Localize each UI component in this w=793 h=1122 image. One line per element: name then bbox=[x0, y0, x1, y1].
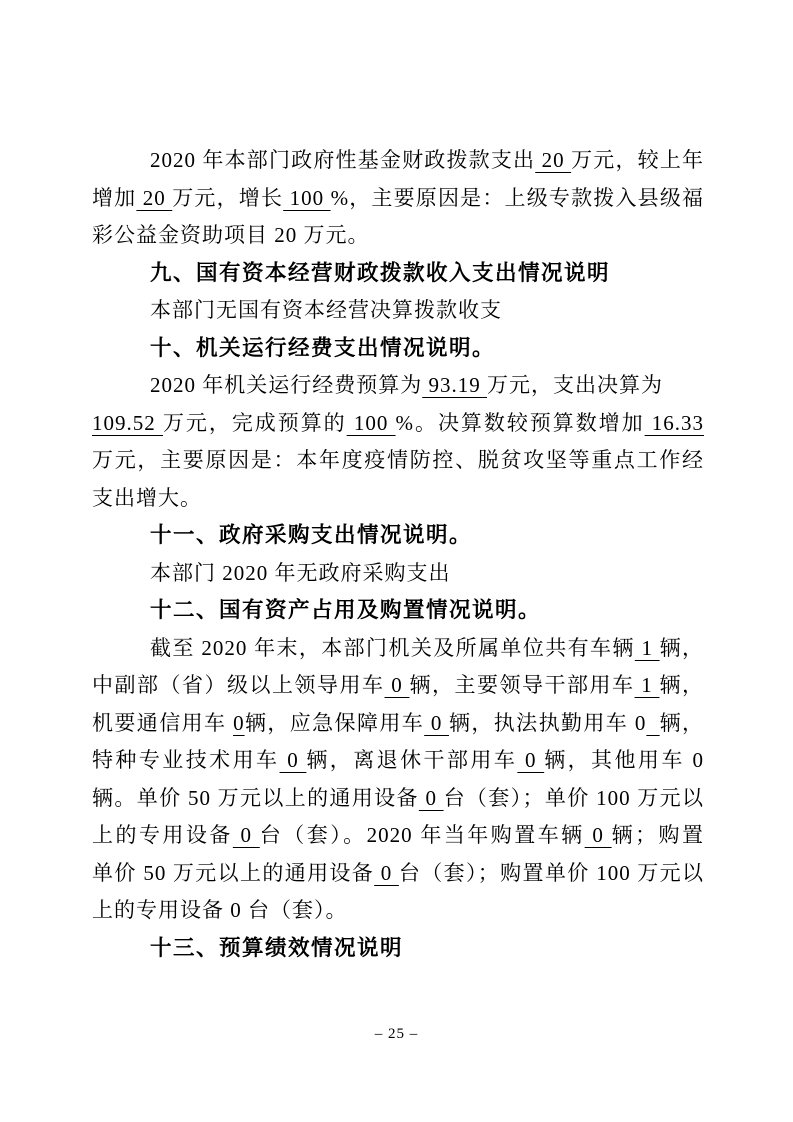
section-heading: 九、国有资本经营财政拨款收入支出情况说明 bbox=[92, 255, 704, 293]
body-line: 单价 50 万元以上的通用设备 0 台（套）；购置单价 100 万元以 bbox=[92, 855, 704, 893]
text-segment: 十二、国有资产占用及购置情况说明。 bbox=[150, 598, 541, 622]
underlined-value: 0 bbox=[424, 711, 449, 735]
underlined-value: 0 bbox=[385, 673, 410, 697]
body-line: 109.52 万元，完成预算的 100 %。决算数较预算数增加 16.33 bbox=[92, 405, 704, 443]
text-segment: 本部门 2020 年无政府采购支出 bbox=[150, 561, 451, 585]
text-segment: 万元，增长 bbox=[172, 186, 283, 210]
section-heading: 十一、政府采购支出情况说明。 bbox=[92, 517, 704, 555]
text-segment: 万元，完成预算的 bbox=[163, 411, 347, 435]
text-segment: 十一、政府采购支出情况说明。 bbox=[150, 523, 472, 547]
text-segment: 辆，应急保障用车 bbox=[245, 711, 425, 735]
text-segment: 支出增大。 bbox=[92, 486, 202, 510]
text-segment: 十、机关运行经费支出情况说明。 bbox=[150, 336, 495, 360]
underlined-value: 20 bbox=[535, 148, 571, 172]
underlined-value: 16.33 bbox=[645, 411, 704, 435]
document-body: 2020 年本部门政府性基金财政拨款支出 20 万元，较上年增加 20 万元，增… bbox=[92, 142, 704, 967]
text-segment: 台（套）；购置单价 100 万元以 bbox=[399, 861, 704, 885]
text-segment: 截至 2020 年末，本部门机关及所属单位共有车辆 bbox=[150, 636, 635, 660]
text-segment: 辆；购置 bbox=[612, 823, 704, 847]
text-segment: 辆，离退休干部用车 bbox=[306, 748, 517, 772]
body-line: 中副部（省）级以上领导用车 0 辆，主要领导干部用车 1 辆， bbox=[92, 667, 704, 705]
text-segment: 增加 bbox=[92, 186, 136, 210]
text-segment: 万元，主要原因是：本年度疫情防控、脱贫攻坚等重点工作经费 bbox=[92, 448, 704, 480]
text-segment: 中副部（省）级以上领导用车 bbox=[92, 673, 385, 697]
body-line: 彩公益金资助项目 20 万元。 bbox=[92, 217, 704, 255]
body-line: 特种专业技术用车 0 辆，离退休干部用车 0 辆，其他用车 0 bbox=[92, 742, 704, 780]
text-segment: 特种专业技术用车 bbox=[92, 748, 280, 772]
underlined-value: 100 bbox=[347, 411, 396, 435]
underlined-value: 0 bbox=[233, 823, 260, 847]
page-number: – 25 – bbox=[0, 1026, 793, 1043]
underlined-value: 0 bbox=[374, 861, 399, 885]
text-segment: %，主要原因是：上级专款拨入县级福 bbox=[331, 186, 704, 210]
underlined-value: 20 bbox=[136, 186, 172, 210]
body-line: 支出增大。 bbox=[92, 480, 704, 518]
text-segment: 辆，执法执勤用车 0 bbox=[449, 711, 646, 735]
text-segment: 单价 50 万元以上的通用设备 bbox=[92, 861, 374, 885]
text-segment: 本部门无国有资本经营决算拨款收支 bbox=[150, 298, 502, 322]
body-line: 本部门 2020 年无政府采购支出 bbox=[92, 555, 704, 593]
underlined-value: 0 bbox=[419, 786, 444, 810]
document-page: 2020 年本部门政府性基金财政拨款支出 20 万元，较上年增加 20 万元，增… bbox=[0, 0, 793, 1122]
section-heading: 十二、国有资产占用及购置情况说明。 bbox=[92, 592, 704, 630]
body-line: 2020 年本部门政府性基金财政拨款支出 20 万元，较上年 bbox=[92, 142, 704, 180]
body-line: 万元，主要原因是：本年度疫情防控、脱贫攻坚等重点工作经费 bbox=[92, 442, 704, 480]
underlined-value: 1 bbox=[635, 636, 660, 660]
body-line: 上的专用设备 0 台（套）。 bbox=[92, 892, 704, 930]
text-segment: 彩公益金资助项目 20 万元。 bbox=[92, 223, 370, 247]
body-line: 增加 20 万元，增长 100 %，主要原因是：上级专款拨入县级福 bbox=[92, 180, 704, 218]
underlined-value: 0 bbox=[233, 711, 245, 735]
underlined-value: 100 bbox=[283, 186, 330, 210]
text-segment: 万元，较上年 bbox=[571, 148, 704, 172]
text-segment: 十三、预算绩效情况说明 bbox=[150, 936, 403, 960]
section-heading: 十三、预算绩效情况说明 bbox=[92, 930, 704, 968]
text-segment: 九、国有资本经营财政拨款收入支出情况说明 bbox=[150, 261, 610, 285]
underlined-value: 0 bbox=[585, 823, 612, 847]
text-segment: 2020 年机关运行经费预算为 bbox=[150, 373, 422, 397]
body-line: 截至 2020 年末，本部门机关及所属单位共有车辆 1 辆，其 bbox=[92, 630, 704, 668]
body-line: 上的专用设备 0 台（套）。2020 年当年购置车辆 0 辆；购置 bbox=[92, 817, 704, 855]
text-segment: 辆。单价 50 万元以上的通用设备 bbox=[92, 786, 419, 810]
section-heading: 十、机关运行经费支出情况说明。 bbox=[92, 330, 704, 368]
text-segment: %。决算数较预算数增加 bbox=[396, 411, 645, 435]
body-line: 2020 年机关运行经费预算为 93.19 万元，支出决算为 bbox=[92, 367, 704, 405]
text-segment: 上的专用设备 0 台（套）。 bbox=[92, 898, 348, 922]
underlined-value bbox=[646, 711, 659, 735]
text-segment: 万元，支出决算为 bbox=[487, 373, 663, 397]
text-segment: 机要通信用车 bbox=[92, 711, 233, 735]
text-segment: 台（套）；单价 100 万元以 bbox=[444, 786, 704, 810]
text-segment: 辆， bbox=[660, 673, 705, 697]
text-segment: 上的专用设备 bbox=[92, 823, 233, 847]
text-segment: 2020 年本部门政府性基金财政拨款支出 bbox=[150, 148, 535, 172]
underlined-value: 0 bbox=[280, 748, 307, 772]
body-line: 本部门无国有资本经营决算拨款收支 bbox=[92, 292, 704, 330]
underlined-value: 93.19 bbox=[422, 373, 487, 397]
underlined-value: 1 bbox=[635, 673, 660, 697]
text-segment: 辆，主要领导干部用车 bbox=[410, 673, 635, 697]
text-segment: 辆， bbox=[660, 711, 704, 735]
text-segment: 辆，其他用车 0 bbox=[544, 748, 704, 772]
text-segment: 台（套）。2020 年当年购置车辆 bbox=[260, 823, 585, 847]
body-line: 辆。单价 50 万元以上的通用设备 0 台（套）；单价 100 万元以 bbox=[92, 780, 704, 818]
underlined-value: 109.52 bbox=[92, 411, 163, 435]
underlined-value: 0 bbox=[517, 748, 544, 772]
body-line: 机要通信用车 0辆，应急保障用车 0 辆，执法执勤用车 0 辆， bbox=[92, 705, 704, 743]
